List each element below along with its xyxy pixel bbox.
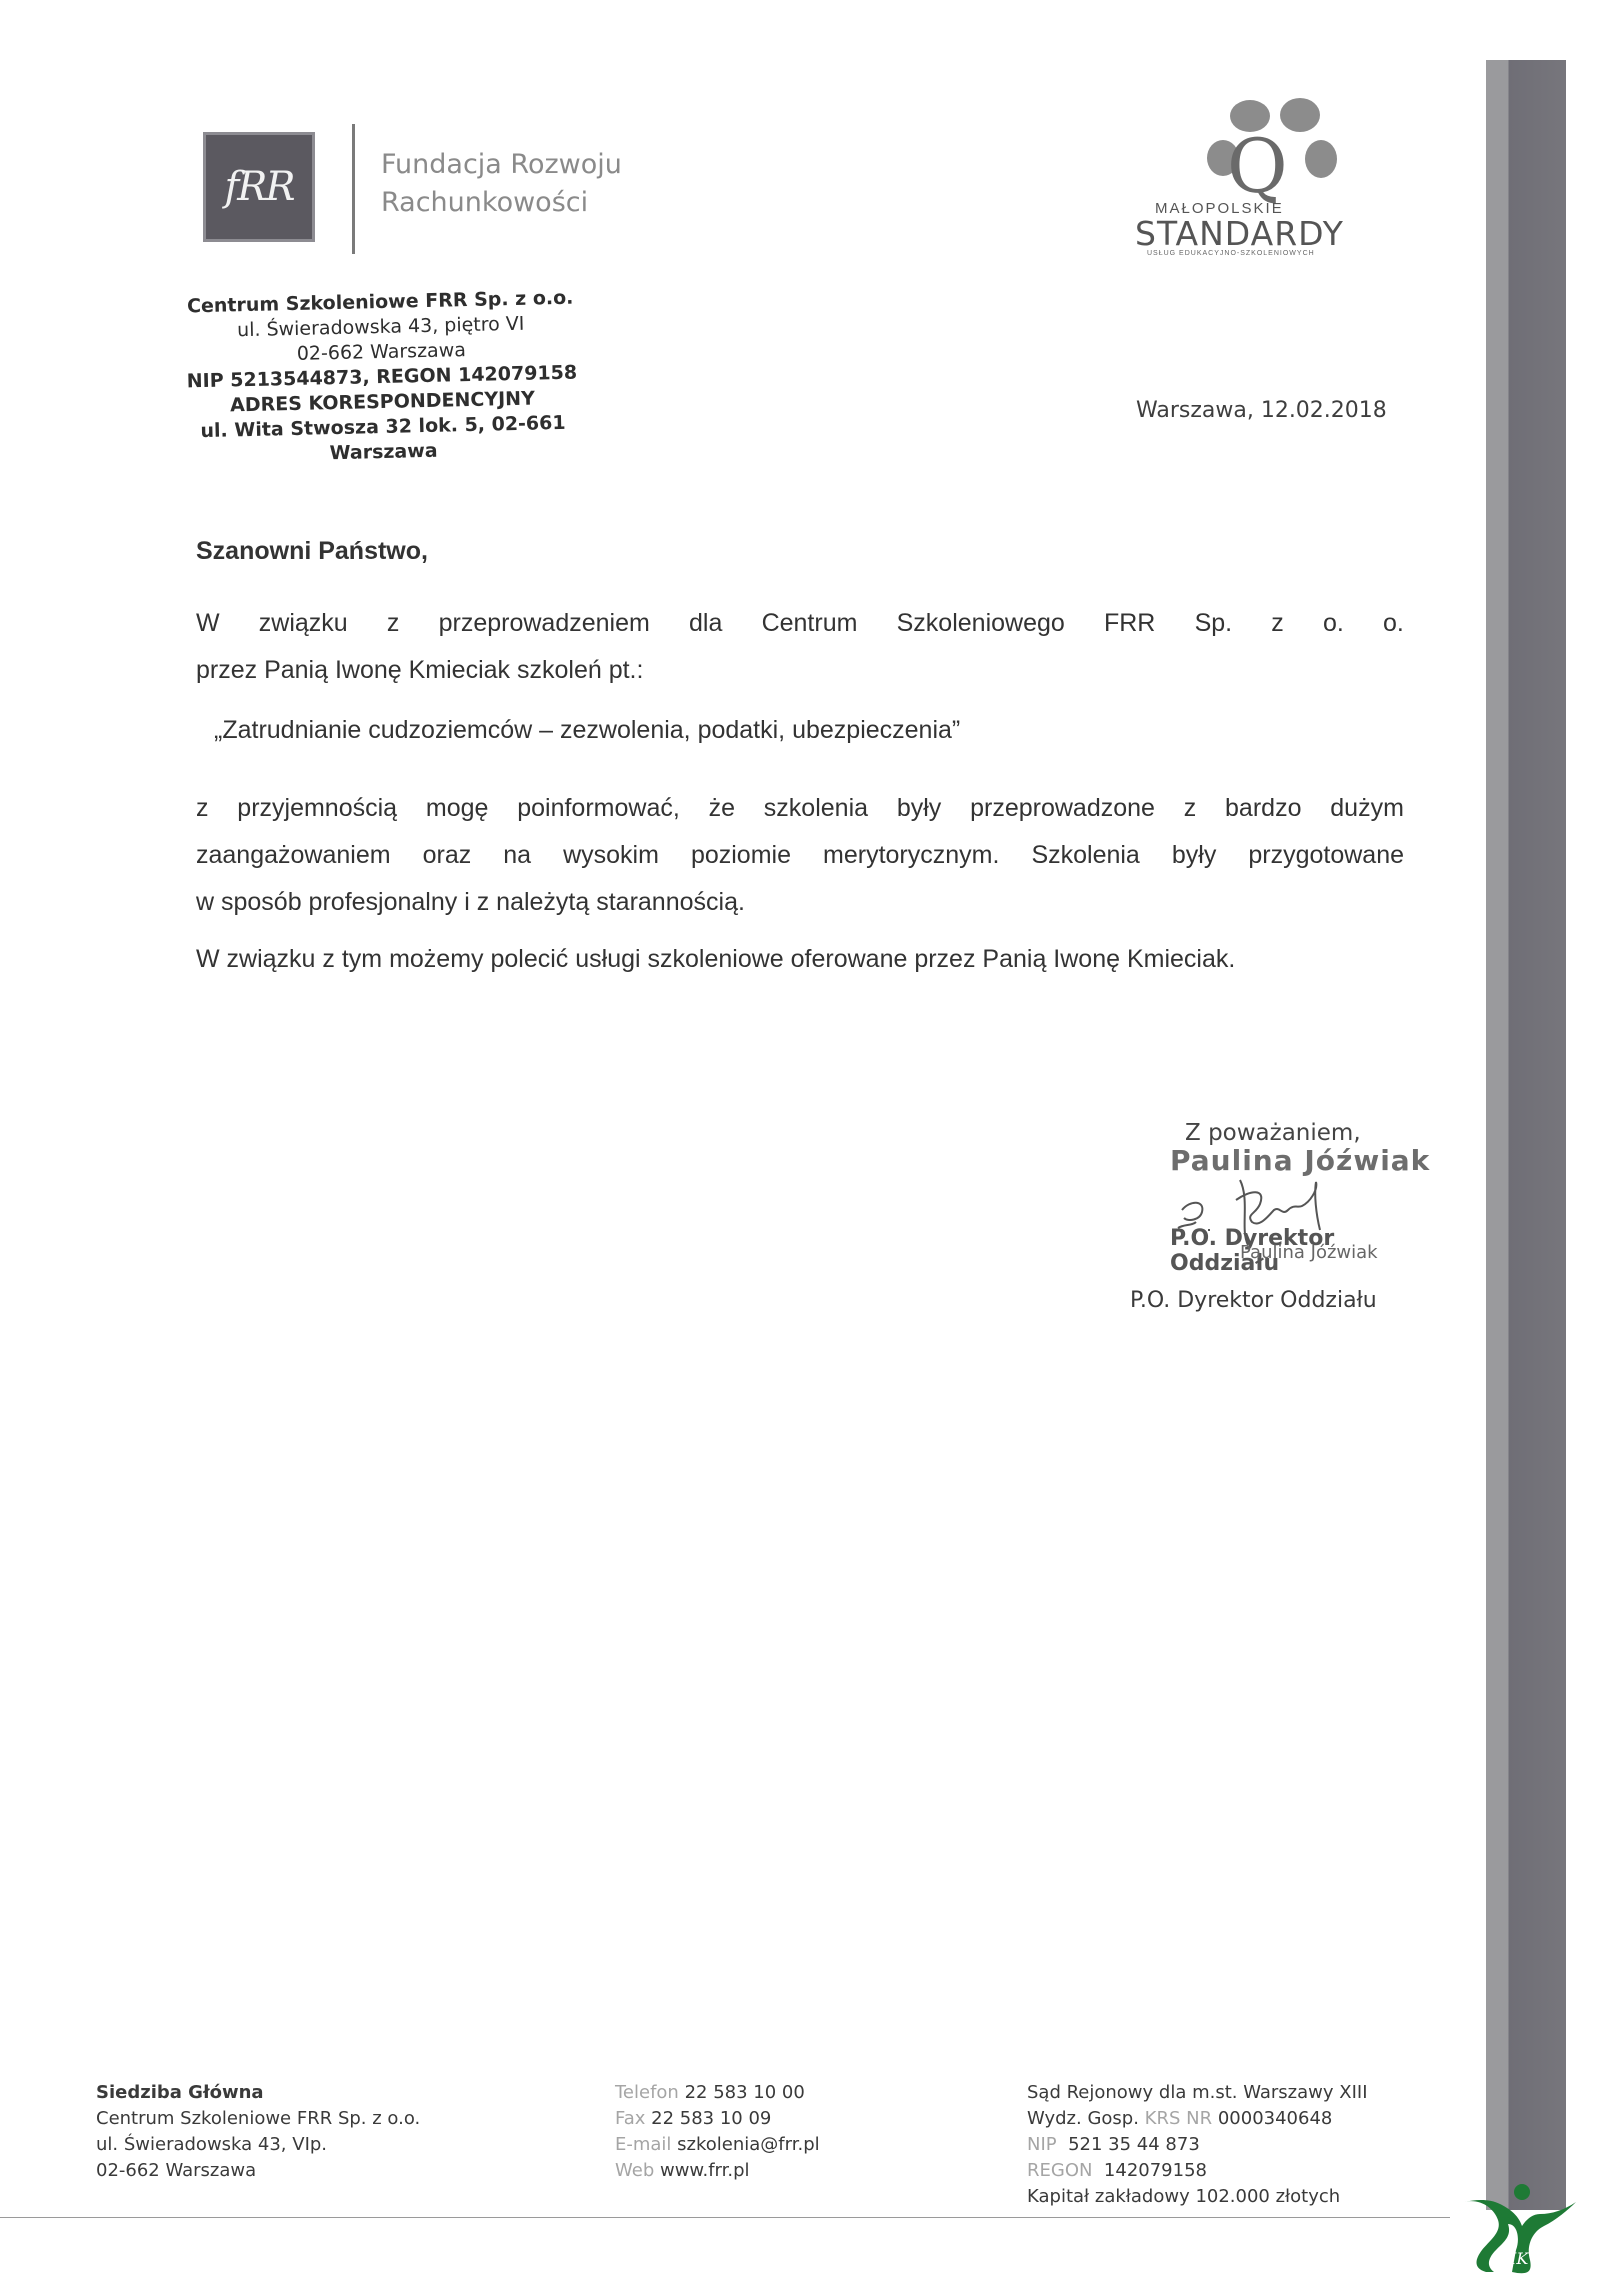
phone-label: Telefon: [615, 2082, 679, 2103]
paragraph-2: z przyjemnością mogę poinformować, że sz…: [196, 785, 1404, 926]
closing: Z poważaniem,: [1185, 1120, 1361, 1146]
footer-hq-company: Centrum Szkoleniowe FRR Sp. z o.o.: [96, 2106, 420, 2132]
sender-address-stamp: Centrum Szkoleniowe FRR Sp. z o.o. ul. Ś…: [160, 285, 604, 470]
flower-petal-icon: [1305, 140, 1337, 178]
regon-label: REGON: [1027, 2160, 1092, 2181]
paragraph-2-line-1: z przyjemnością mogę poinformować, że sz…: [196, 785, 1404, 832]
word: z: [196, 785, 209, 832]
word: związku: [259, 600, 348, 647]
word: Szkolenia: [1031, 832, 1139, 879]
word: o.: [1323, 600, 1344, 647]
word: merytorycznym.: [823, 832, 999, 879]
ik-emblem-text: IK: [1509, 2249, 1529, 2268]
q-mark-icon: Q: [1227, 130, 1288, 204]
decorative-side-bar: [1486, 60, 1566, 2210]
word: przeprowadzone: [970, 785, 1155, 832]
nip-label: NIP: [1027, 2134, 1057, 2155]
fax-value: 22 583 10 09: [651, 2108, 771, 2129]
word: FRR: [1104, 600, 1155, 647]
word: przeprowadzeniem: [439, 600, 650, 647]
logo-line-big: STANDARDY: [1135, 214, 1344, 253]
email-label: E-mail: [615, 2134, 671, 2155]
krs-label: KRS NR: [1145, 2108, 1212, 2129]
word: dla: [689, 600, 722, 647]
footer-hq-street: ul. Świeradowska 43, VIp.: [96, 2132, 420, 2158]
malopolskie-standardy-logo: Q MAŁOPOLSKIE STANDARDY USŁUG EDUKACYJNO…: [1135, 100, 1375, 260]
word: były: [1172, 832, 1216, 879]
word: Szkoleniowego: [897, 600, 1065, 647]
web-label: Web: [615, 2160, 654, 2181]
footer-hq-title: Siedziba Główna: [96, 2080, 420, 2106]
word: o.: [1383, 600, 1404, 647]
footer-headquarters: Siedziba Główna Centrum Szkoleniowe FRR …: [96, 2080, 420, 2184]
word: mogę: [426, 785, 489, 832]
footer-hq-city: 02-662 Warszawa: [96, 2158, 420, 2184]
paragraph-2-line-3: w sposób profesjonalny i z należytą star…: [196, 879, 1404, 926]
typed-name: Paulina Jóźwiak: [1240, 1242, 1378, 1263]
correspondence-address: ul. Wita Stwosza 32 lok. 5, 02-661 Warsz…: [163, 410, 604, 470]
signer-role: P.O. Dyrektor Oddziału: [1130, 1288, 1377, 1313]
fax-label: Fax: [615, 2108, 645, 2129]
nip-value: 521 35 44 873: [1068, 2134, 1200, 2155]
word: W: [196, 600, 220, 647]
word: z: [1271, 600, 1284, 647]
word: poinformować,: [517, 785, 680, 832]
registry-capital: Kapitał zakładowy 102.000 złotych: [1027, 2184, 1368, 2210]
word: poziomie: [691, 832, 791, 879]
frr-logo-text: fRR: [224, 164, 293, 210]
paragraph-2-line-2: zaangażowaniem oraz na wysokim poziomie …: [196, 832, 1404, 879]
footer-divider: [0, 2217, 1450, 2218]
organization-name: Fundacja Rozwoju Rachunkowości: [381, 146, 622, 222]
paragraph-1: W związku z przeprowadzeniem dla Centrum…: [196, 600, 1404, 694]
ik-emblem-icon: IK: [1460, 2180, 1580, 2280]
training-title: „Zatrudnianie cudzoziemców – zezwolenia,…: [214, 716, 1422, 745]
word: Sp.: [1195, 600, 1233, 647]
word: z: [1184, 785, 1197, 832]
greeting: Szanowni Państwo,: [196, 537, 1404, 566]
word: na: [503, 832, 531, 879]
word: z: [387, 600, 400, 647]
email-value: szkolenia@frr.pl: [677, 2134, 819, 2155]
krs-value: 0000340648: [1218, 2108, 1333, 2129]
phone-value: 22 583 10 00: [685, 2082, 805, 2103]
word: przygotowane: [1248, 832, 1404, 879]
word: dużym: [1330, 785, 1404, 832]
word: były: [897, 785, 941, 832]
word: przyjemnością: [237, 785, 397, 832]
web-value: www.frr.pl: [660, 2160, 750, 2181]
logo-line-sub: USŁUG EDUKACYJNO-SZKOLENIOWYCH: [1147, 250, 1315, 257]
frr-logo: fRR: [203, 132, 315, 242]
word: wysokim: [563, 832, 659, 879]
logo-divider: [352, 124, 355, 254]
footer-contact: Telefon 22 583 10 00 Fax 22 583 10 09 E-…: [615, 2080, 820, 2184]
registry-dept: Wydz. Gosp.: [1027, 2108, 1139, 2129]
organization-name-line2: Rachunkowości: [381, 184, 622, 222]
paragraph-1-line-1: W związku z przeprowadzeniem dla Centrum…: [196, 600, 1404, 647]
word: oraz: [423, 832, 472, 879]
regon-value: 142079158: [1104, 2160, 1207, 2181]
letter-date: Warszawa, 12.02.2018: [1136, 398, 1387, 423]
paragraph-3: W związku z tym możemy polecić usługi sz…: [196, 945, 1404, 974]
paragraph-1-line-2: przez Panią Iwonę Kmieciak szkoleń pt.:: [196, 647, 1404, 694]
word: że: [709, 785, 735, 832]
word: Centrum: [762, 600, 858, 647]
word: bardzo: [1225, 785, 1301, 832]
footer-registry: Sąd Rejonowy dla m.st. Warszawy XIII Wyd…: [1027, 2080, 1368, 2210]
registry-court: Sąd Rejonowy dla m.st. Warszawy XIII: [1027, 2080, 1368, 2106]
word: szkolenia: [764, 785, 868, 832]
organization-name-line1: Fundacja Rozwoju: [381, 146, 622, 184]
word: zaangażowaniem: [196, 832, 391, 879]
